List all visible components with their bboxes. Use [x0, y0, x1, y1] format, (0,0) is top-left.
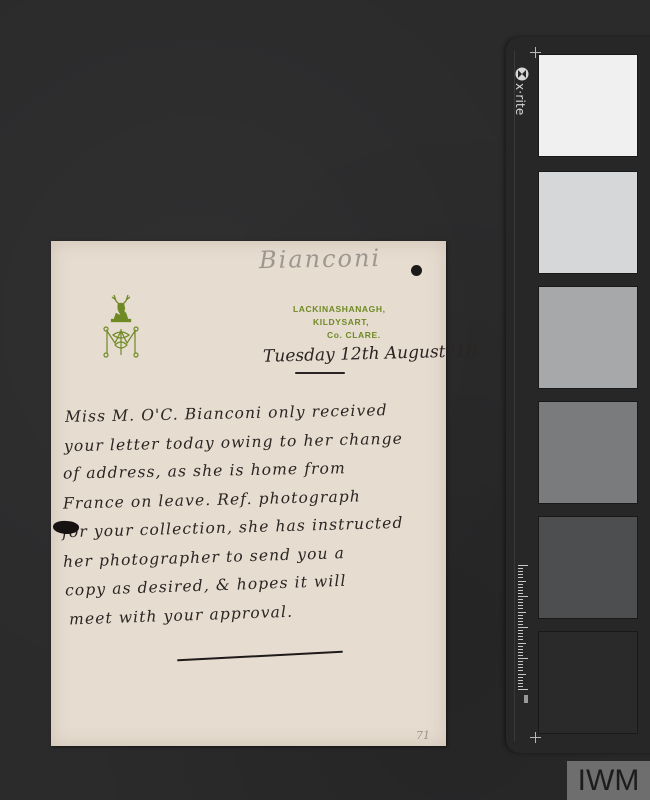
ruler-tick [518, 639, 523, 640]
ruler-tick [518, 621, 523, 622]
ruler-tick [518, 633, 523, 634]
ruler-tick [518, 571, 523, 572]
ruler-tick [518, 664, 523, 665]
ruler-tick [518, 618, 523, 619]
ruler-tick [518, 677, 523, 678]
ruler-tick [518, 565, 528, 566]
date-underline [295, 372, 345, 374]
ruler-tick [518, 584, 523, 585]
ruler-tick [518, 590, 523, 591]
punch-hole [411, 265, 422, 276]
ruler-tick [518, 689, 528, 690]
ruler-tick [518, 661, 523, 662]
ruler-tick [518, 624, 523, 625]
gray-patch-2 [539, 172, 637, 273]
gray-patch-6 [539, 632, 637, 733]
ruler-tick [518, 670, 523, 671]
ruler-tick [518, 643, 526, 644]
letter-date: Tuesday 12th August '18 [263, 341, 478, 367]
ruler-tick [518, 683, 523, 684]
letterhead-line-1: LACKINASHANAGH, [293, 303, 421, 316]
iwm-label: IWM [578, 764, 640, 798]
gray-patch-4 [539, 402, 637, 503]
ruler-tick [518, 602, 523, 603]
brand-mark: x·rite [512, 67, 534, 137]
ruler-tick [518, 587, 523, 588]
ruler-tick [518, 574, 523, 575]
registration-crosshair-icon [530, 732, 541, 743]
gray-patch-1 [539, 55, 637, 156]
ruler-tick [518, 599, 523, 600]
color-checker-card: x·rite [506, 37, 650, 753]
xrite-logo-icon [515, 67, 529, 81]
ruler-tick [518, 680, 523, 681]
ruler-tick [518, 577, 523, 578]
ruler-unit-label [524, 695, 528, 703]
ruler-tick [518, 646, 523, 647]
ruler-tick [518, 627, 528, 628]
ruler-tick [518, 605, 523, 606]
scale-ruler [518, 565, 530, 693]
letter-paper: Bianconi LACKINASHANAGH, K [51, 241, 446, 746]
ruler-tick [518, 612, 526, 613]
letterhead-address: LACKINASHANAGH, KILDYSART, Co. CLARE. [241, 303, 421, 342]
ruler-tick [518, 581, 526, 582]
letterhead-line-2: KILDYSART, [313, 316, 421, 329]
ruler-tick [518, 608, 523, 609]
ruler-tick [518, 652, 523, 653]
ruler-tick [518, 596, 528, 597]
brand-name: x·rite [513, 83, 527, 115]
letter-body: Miss M. O'C. Bianconi only received your… [61, 399, 441, 627]
ruler-tick [518, 649, 523, 650]
gray-patch-3 [539, 287, 637, 388]
page-number: 71 [416, 729, 430, 742]
ruler-tick [518, 636, 523, 637]
ruler-tick [518, 674, 526, 675]
ruler-tick [518, 615, 523, 616]
archive-pencil-note: Bianconi [259, 244, 382, 274]
stag-crest-monogram-icon [101, 291, 141, 361]
ruler-tick [518, 568, 523, 569]
iwm-watermark: IWM [567, 761, 650, 800]
card-edge-line [514, 51, 515, 741]
ruler-tick [518, 630, 523, 631]
closing-stroke [177, 651, 343, 662]
gray-patch-5 [539, 517, 637, 618]
ruler-tick [518, 593, 523, 594]
ruler-tick [518, 667, 523, 668]
ruler-tick [518, 658, 528, 659]
letterhead-line-3: Co. CLARE. [327, 329, 421, 342]
ruler-tick [518, 686, 523, 687]
ruler-tick [518, 655, 523, 656]
